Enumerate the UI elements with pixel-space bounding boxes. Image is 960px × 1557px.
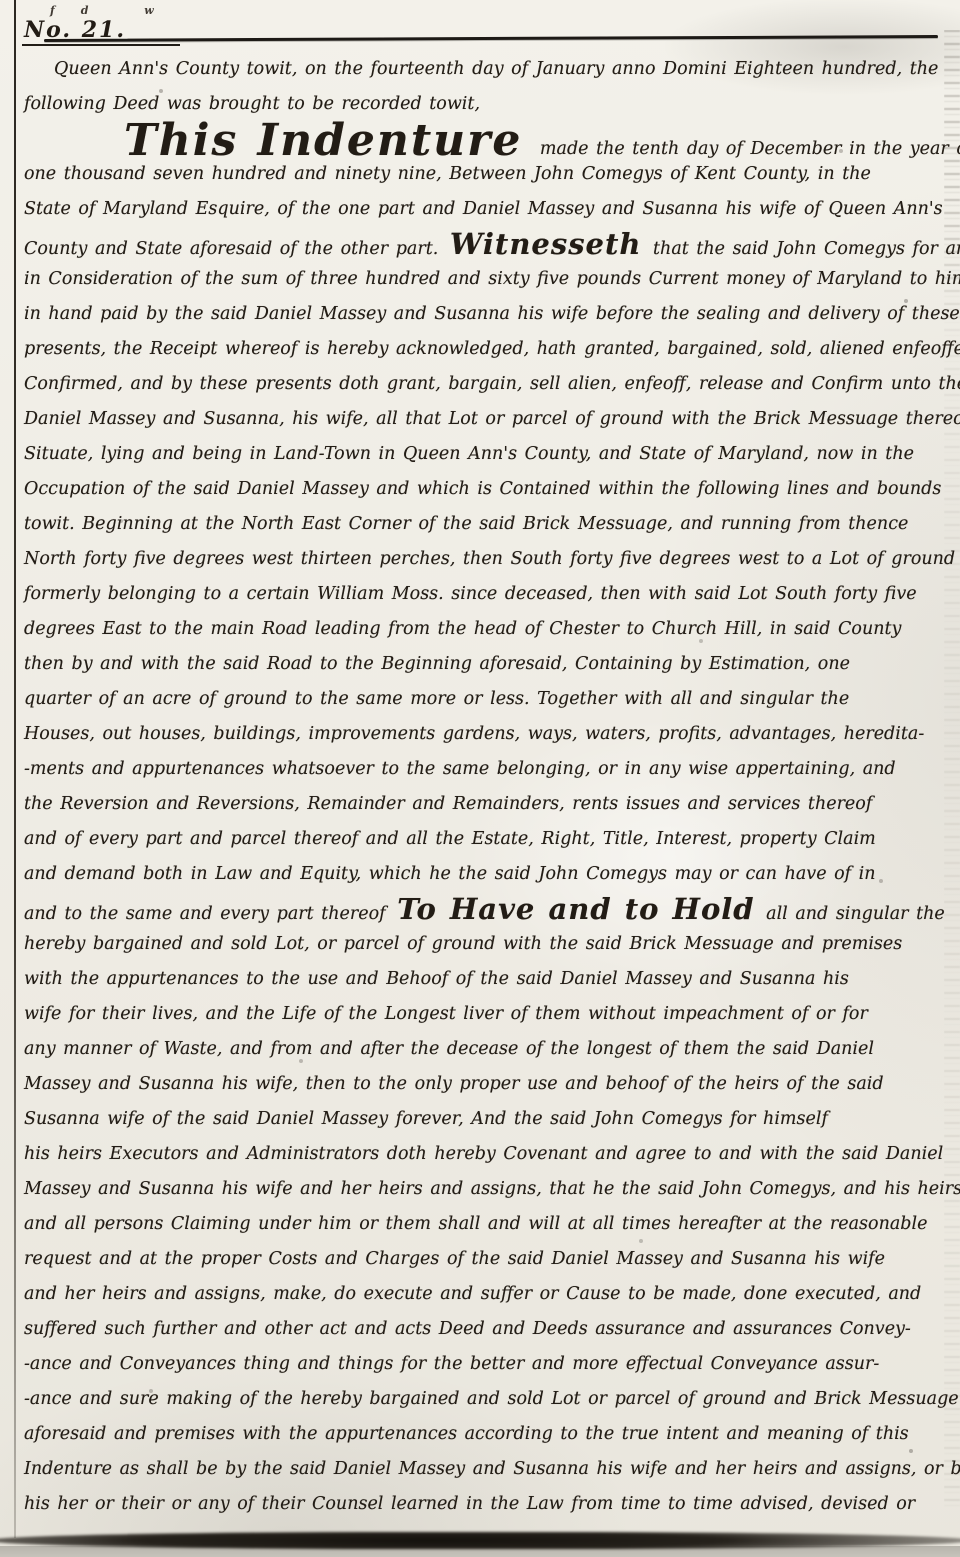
left-margin-rule xyxy=(14,0,16,1538)
deed-line: hereby bargained and sold Lot, or parcel… xyxy=(24,927,952,962)
deed-line-text: hereby bargained and sold Lot, or parcel… xyxy=(24,934,902,954)
deed-line-text: Indenture as shall be by the said Daniel… xyxy=(24,1459,960,1479)
deed-line-text: his heirs Executors and Administrators d… xyxy=(24,1144,943,1164)
page-bottom-edge xyxy=(0,1532,960,1549)
deed-line-text: and all persons Claiming under him or th… xyxy=(24,1214,927,1234)
scan-noise-right-edge xyxy=(944,30,960,1510)
deed-line-text: Susanna wife of the said Daniel Massey f… xyxy=(24,1109,828,1129)
deed-line-text: his her or their or any of their Counsel… xyxy=(24,1494,915,1514)
deed-line: in hand paid by the said Daniel Massey a… xyxy=(24,297,952,332)
deed-line-text: suffered such further and other act and … xyxy=(24,1319,911,1339)
deed-line: and of every part and parcel thereof and… xyxy=(24,822,952,857)
deed-line-text: formerly belonging to a certain William … xyxy=(24,584,917,604)
deed-line: Confirmed, and by these presents doth gr… xyxy=(24,367,952,402)
deed-line-text: and to the same and every part thereof xyxy=(24,904,393,924)
deed-line-text: in Consideration of the sum of three hun… xyxy=(24,269,960,289)
deed-line-text: the Reversion and Reversions, Remainder … xyxy=(24,794,872,814)
deed-line: any manner of Waste, and from and after … xyxy=(24,1032,952,1067)
deed-line-text: Houses, out houses, buildings, improveme… xyxy=(24,724,924,744)
deed-line-text: State of Maryland Esquire, of the one pa… xyxy=(24,199,943,219)
deed-line-text: Massey and Susanna his wife, then to the… xyxy=(24,1074,884,1094)
deed-line: the Reversion and Reversions, Remainder … xyxy=(24,787,952,822)
deed-line-text: and her heirs and assigns, make, do exec… xyxy=(24,1284,921,1304)
deed-line: formerly belonging to a certain William … xyxy=(24,577,952,612)
folio-marks: fd w xyxy=(22,4,180,17)
deed-line: presents, the Receipt whereof is hereby … xyxy=(24,332,952,367)
deed-line: -ance and Conveyances thing and things f… xyxy=(24,1347,952,1382)
deed-line: Indenture as shall be by the said Daniel… xyxy=(24,1452,952,1487)
deed-line: request and at the proper Costs and Char… xyxy=(24,1242,952,1277)
deed-line: degrees East to the main Road leading fr… xyxy=(24,612,952,647)
deed-line: towit. Beginning at the North East Corne… xyxy=(24,507,952,542)
deed-line: and her heirs and assigns, make, do exec… xyxy=(24,1277,952,1312)
deed-line-text: with the appurtenances to the use and Be… xyxy=(24,969,849,989)
deed-line-text: request and at the proper Costs and Char… xyxy=(24,1249,885,1269)
deed-line: wife for their lives, and the Life of th… xyxy=(24,997,952,1032)
deed-line: Massey and Susanna his wife and her heir… xyxy=(24,1172,952,1207)
deed-line-text: Occupation of the said Daniel Massey and… xyxy=(24,479,941,499)
deed-display-phrase: This Indenture xyxy=(124,115,532,166)
deed-text: Queen Ann's County towit, on the fourtee… xyxy=(24,52,952,1522)
deed-line: This Indenture made the tenth day of Dec… xyxy=(24,122,952,157)
deed-line: North forty five degrees west thirteen p… xyxy=(24,542,952,577)
deed-line-text: following Deed was brought to be recorde… xyxy=(24,94,480,114)
deed-line-text: Daniel Massey and Susanna, his wife, all… xyxy=(24,409,960,429)
deed-display-phrase: To Have and to Hold xyxy=(393,892,758,926)
deed-line-text: Confirmed, and by these presents doth gr… xyxy=(24,374,960,394)
deed-line: his her or their or any of their Counsel… xyxy=(24,1487,952,1522)
deed-line: and demand both in Law and Equity, which… xyxy=(24,857,952,892)
deed-line-text: Massey and Susanna his wife and her heir… xyxy=(24,1179,960,1199)
deed-line-text: -ance and Conveyances thing and things f… xyxy=(24,1354,879,1374)
deed-line-text: Queen Ann's County towit, on the fourtee… xyxy=(54,59,938,79)
deed-line: with the appurtenances to the use and Be… xyxy=(24,962,952,997)
deed-line: aforesaid and premises with the appurten… xyxy=(24,1417,952,1452)
deed-line: and all persons Claiming under him or th… xyxy=(24,1207,952,1242)
deed-line-text: wife for their lives, and the Life of th… xyxy=(24,1004,868,1024)
deed-line-text: towit. Beginning at the North East Corne… xyxy=(24,514,908,534)
deed-line: Houses, out houses, buildings, improveme… xyxy=(24,717,952,752)
deed-line: Queen Ann's County towit, on the fourtee… xyxy=(24,52,952,87)
deed-line: and to the same and every part thereof T… xyxy=(24,892,952,927)
deed-line: his heirs Executors and Administrators d… xyxy=(24,1137,952,1172)
deed-line: quarter of an acre of ground to the same… xyxy=(24,682,952,717)
deed-line-text: any manner of Waste, and from and after … xyxy=(24,1039,874,1059)
deed-line-text: in hand paid by the said Daniel Massey a… xyxy=(24,304,960,324)
deed-line-text: then by and with the said Road to the Be… xyxy=(24,654,850,674)
deed-line: in Consideration of the sum of three hun… xyxy=(24,262,952,297)
deed-line: Massey and Susanna his wife, then to the… xyxy=(24,1067,952,1102)
deed-line-text: aforesaid and premises with the appurten… xyxy=(24,1424,909,1444)
deed-line-text: and demand both in Law and Equity, which… xyxy=(24,864,876,884)
deed-line: then by and with the said Road to the Be… xyxy=(24,647,952,682)
deed-line-text: -ments and appurtenances whatsoever to t… xyxy=(24,759,896,779)
deed-line-text: Situate, lying and being in Land-Town in… xyxy=(24,444,914,464)
deed-line: -ments and appurtenances whatsoever to t… xyxy=(24,752,952,787)
deed-display-phrase: Witnesseth xyxy=(446,227,646,261)
deed-line-text: that the said John Comegys for and xyxy=(645,239,960,259)
deed-line: County and State aforesaid of the other … xyxy=(24,227,952,262)
deed-line: Situate, lying and being in Land-Town in… xyxy=(24,437,952,472)
deed-line-text: County and State aforesaid of the other … xyxy=(24,239,446,259)
deed-line-text: all and singular the xyxy=(759,904,945,924)
deed-line: -ance and sure making of the hereby barg… xyxy=(24,1382,952,1417)
deed-line-text: and of every part and parcel thereof and… xyxy=(24,829,876,849)
deed-line-text: one thousand seven hundred and ninety ni… xyxy=(24,164,871,184)
deed-line-text: made the tenth day of December in the ye… xyxy=(532,139,960,159)
deed-line: Daniel Massey and Susanna, his wife, all… xyxy=(24,402,952,437)
deed-line-text: presents, the Receipt whereof is hereby … xyxy=(24,339,960,359)
deed-line-text: -ance and sure making of the hereby barg… xyxy=(24,1389,959,1409)
deed-line: Occupation of the said Daniel Massey and… xyxy=(24,472,952,507)
deed-line-text: North forty five degrees west thirteen p… xyxy=(24,549,955,569)
deed-line: State of Maryland Esquire, of the one pa… xyxy=(24,192,952,227)
scan-specks xyxy=(0,0,2,2)
deed-line: suffered such further and other act and … xyxy=(24,1312,952,1347)
deed-line-text: quarter of an acre of ground to the same… xyxy=(24,689,849,709)
deed-line: Susanna wife of the said Daniel Massey f… xyxy=(24,1102,952,1137)
deed-line-text: degrees East to the main Road leading fr… xyxy=(24,619,901,639)
scanned-deed-page: fd w No. 21. Queen Ann's County towit, o… xyxy=(0,0,960,1557)
